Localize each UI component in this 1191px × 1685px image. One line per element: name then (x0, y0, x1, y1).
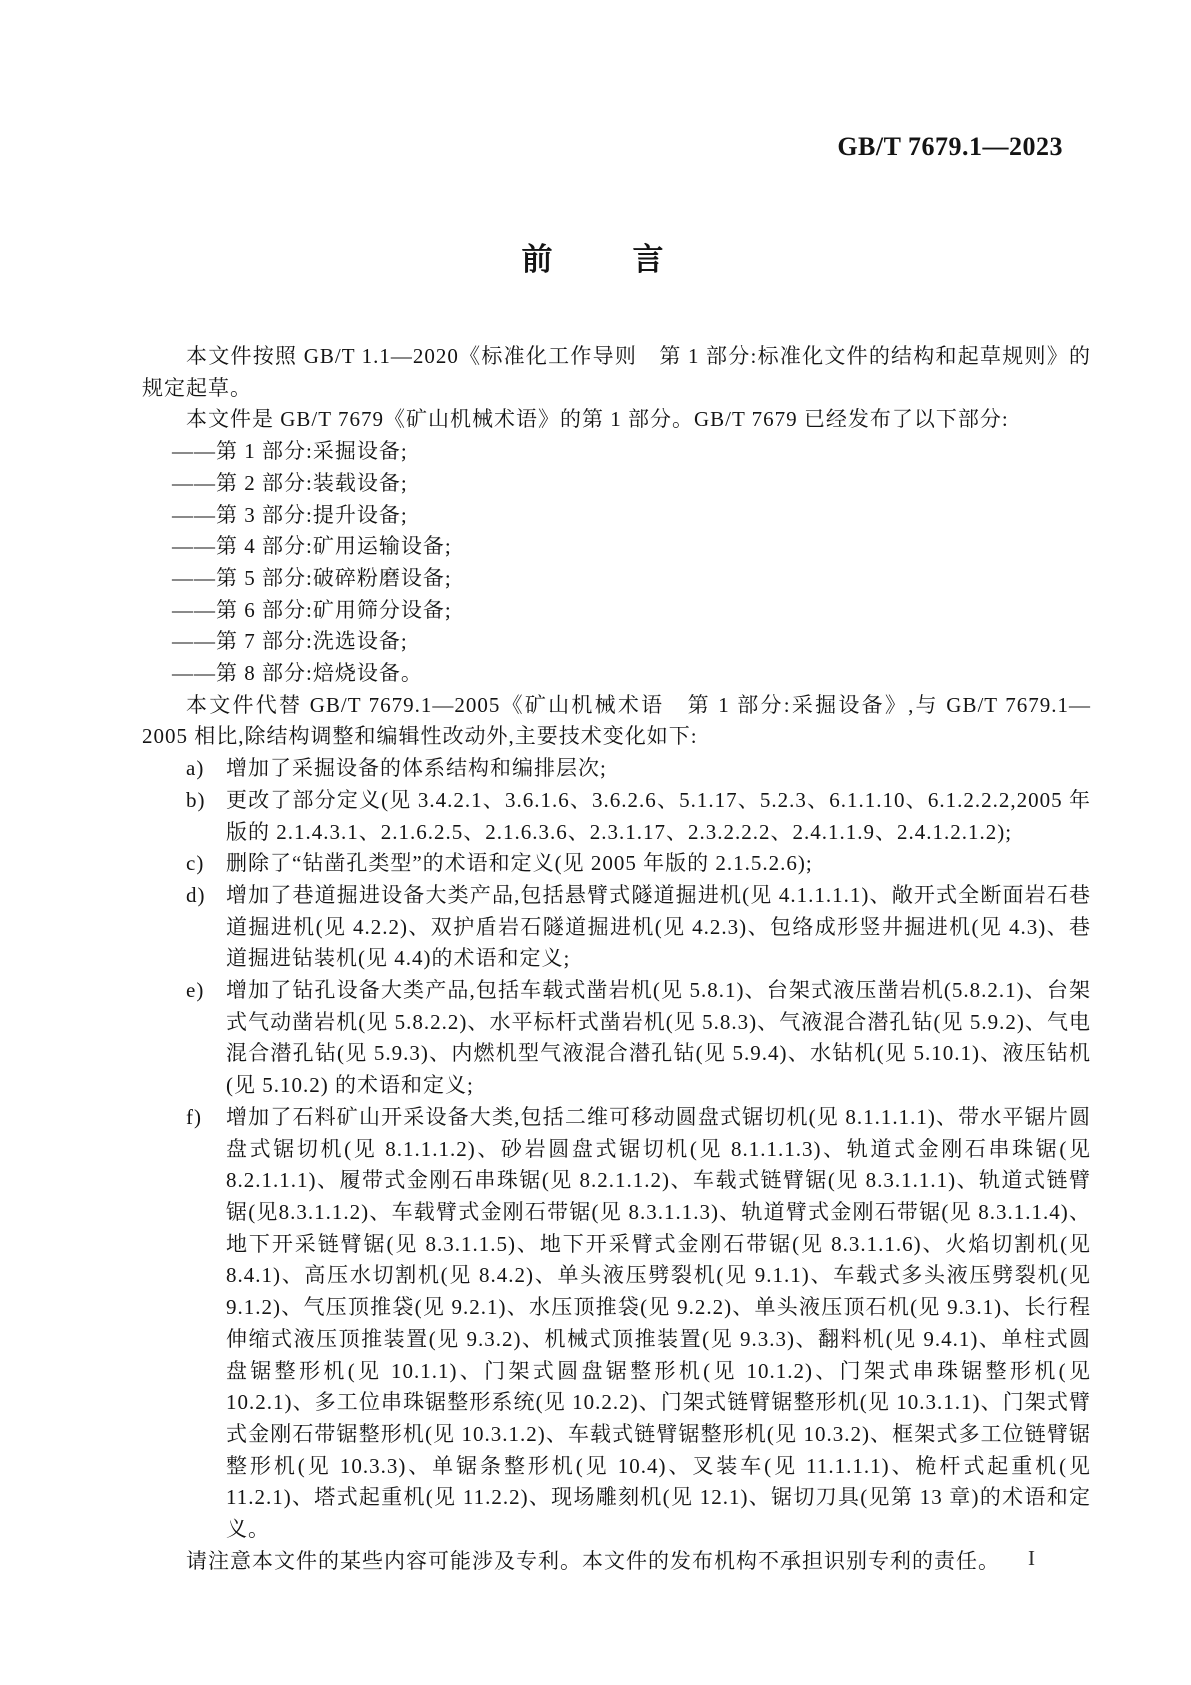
document-body: 本文件按照 GB/T 1.1—2020《标准化工作导则 第 1 部分:标准化文件… (142, 341, 1091, 1577)
change-item-label: a) (186, 753, 204, 785)
change-item-text: 增加了采掘设备的体系结构和编排层次; (226, 756, 607, 780)
parts-list-item: ——第 4 部分:矿用运输设备; (142, 531, 1091, 563)
paragraph-drafting-rules: 本文件按照 GB/T 1.1—2020《标准化工作导则 第 1 部分:标准化文件… (142, 341, 1091, 404)
document-page: GB/T 7679.1—2023 前 言 本文件按照 GB/T 1.1—2020… (0, 0, 1191, 1685)
change-item-text: 增加了巷道掘进设备大类产品,包括悬臂式隧道掘进机(见 4.1.1.1.1)、敞开… (226, 883, 1091, 970)
parts-list-item: ——第 5 部分:破碎粉磨设备; (142, 563, 1091, 595)
change-item-text: 删除了“钻凿孔类型”的术语和定义(见 2005 年版的 2.1.5.2.6); (226, 851, 813, 875)
change-item: b) 更改了部分定义(见 3.4.2.1、3.6.1.6、3.6.2.6、5.1… (142, 785, 1091, 848)
document-code: GB/T 7679.1—2023 (837, 132, 1063, 162)
change-item-text: 更改了部分定义(见 3.4.2.1、3.6.1.6、3.6.2.6、5.1.17… (226, 788, 1091, 844)
change-item: a) 增加了采掘设备的体系结构和编排层次; (142, 753, 1091, 785)
parts-list-item: ——第 3 部分:提升设备; (142, 500, 1091, 532)
change-item: e) 增加了钻孔设备大类产品,包括车载式凿岩机(见 5.8.1)、台架式液压凿岩… (142, 975, 1091, 1102)
change-item: d) 增加了巷道掘进设备大类产品,包括悬臂式隧道掘进机(见 4.1.1.1.1)… (142, 880, 1091, 975)
parts-list-item: ——第 8 部分:焙烧设备。 (142, 658, 1091, 690)
paragraph-series-intro: 本文件是 GB/T 7679《矿山机械术语》的第 1 部分。GB/T 7679 … (142, 404, 1091, 436)
change-item-label: e) (186, 975, 204, 1007)
change-item-label: f) (186, 1102, 202, 1134)
change-item-label: d) (186, 880, 206, 912)
page-title: 前 言 (0, 234, 1191, 279)
parts-list: ——第 1 部分:采掘设备; ——第 2 部分:装载设备; ——第 3 部分:提… (142, 436, 1091, 690)
change-item-text: 增加了钻孔设备大类产品,包括车载式凿岩机(见 5.8.1)、台架式液压凿岩机(5… (226, 978, 1091, 1097)
change-item-label: c) (186, 848, 204, 880)
page-number: I (1028, 1546, 1035, 1571)
change-item: c) 删除了“钻凿孔类型”的术语和定义(见 2005 年版的 2.1.5.2.6… (142, 848, 1091, 880)
paragraph-replacement: 本文件代替 GB/T 7679.1—2005《矿山机械术语 第 1 部分:采掘设… (142, 690, 1091, 753)
parts-list-item: ——第 7 部分:洗选设备; (142, 626, 1091, 658)
changes-list: a) 增加了采掘设备的体系结构和编排层次; b) 更改了部分定义(见 3.4.2… (142, 753, 1091, 1546)
parts-list-item: ——第 1 部分:采掘设备; (142, 436, 1091, 468)
change-item: f) 增加了石料矿山开采设备大类,包括二维可移动圆盘式锯切机(见 8.1.1.1… (142, 1102, 1091, 1546)
parts-list-item: ——第 2 部分:装载设备; (142, 468, 1091, 500)
change-item-text: 增加了石料矿山开采设备大类,包括二维可移动圆盘式锯切机(见 8.1.1.1.1)… (226, 1105, 1091, 1541)
change-item-label: b) (186, 785, 206, 817)
parts-list-item: ——第 6 部分:矿用筛分设备; (142, 595, 1091, 627)
paragraph-patent-note: 请注意本文件的某些内容可能涉及专利。本文件的发布机构不承担识别专利的责任。 (142, 1546, 1091, 1578)
